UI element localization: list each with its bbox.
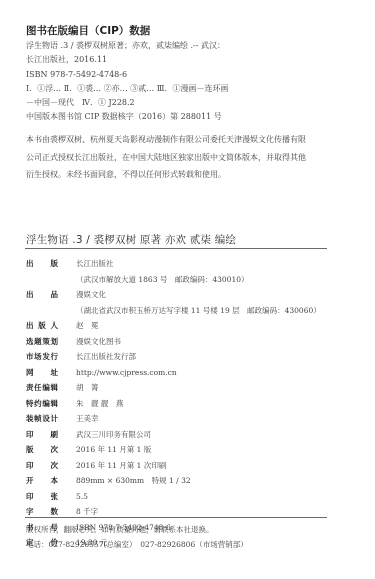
book-title: 浮生物语 .3 / 裘椤双树 原著 亦欢 贰柒 编绘 (26, 232, 236, 247)
divider-bottom (25, 517, 327, 518)
colophon-value: 5.5 (76, 492, 88, 501)
notice-line: 本书由裘椤双树、杭州夏天岛影视动漫制作有限公司委托天津漫娱文化传播有限 (26, 131, 326, 149)
copyright-footer: 版权所有，翻版必究。如有质量问题，请联系本社退换。 电话：027-8292655… (26, 523, 248, 552)
colophon-label: 出版人 (26, 320, 76, 331)
colophon-value: 889mm × 630mm 特规 1 / 32 (76, 475, 191, 486)
colophon-value: （湖北省武汉市积玉桥万达写字楼 11 号楼 19 层 邮政编码：430060） (76, 305, 321, 316)
colophon-row: 网址http://www.cjpress.com.cn (26, 365, 356, 381)
colophon-row: 出版长江出版社 (26, 256, 356, 272)
colophon-label: 选题策划 (26, 336, 76, 347)
cip-line: ISBN 978-7-5492-4748-6 (26, 68, 356, 82)
colophon-label: 印次 (26, 460, 76, 471)
colophon-row: 版次2016 年 11 月第 1 版 (26, 442, 356, 458)
colophon-label: 印刷 (26, 429, 76, 440)
colophon-label: 市场发行 (26, 351, 76, 362)
colophon-label: 字数 (26, 506, 76, 517)
colophon-row: 责任编辑胡 箐 (26, 380, 356, 396)
colophon-row: 装帧设计王美幸 (26, 411, 356, 427)
colophon-row: 印次2016 年 11 月第 1 次印刷 (26, 458, 356, 474)
colophon-value: 漫娱文化图书 (76, 336, 121, 347)
colophon-row: 市场发行长江出版社发行部 (26, 349, 356, 365)
footer-line: 电话：027-82926557(总编室） 027-82926806（市场营销部） (26, 538, 248, 553)
colophon-value: 王美幸 (76, 413, 99, 424)
colophon-value: 胡 箐 (76, 382, 99, 393)
notice-line: 衍生授权。未经书面同意，不得以任何形式转载和使用。 (26, 166, 326, 184)
colophon-label: 版次 (26, 444, 76, 455)
cip-line: 中国版本图书馆 CIP 数据核字（2016）第 288011 号 (26, 110, 356, 124)
colophon-value: 长江出版社发行部 (76, 351, 136, 362)
colophon-row: 选题策划漫娱文化图书 (26, 334, 356, 350)
colophon-row: （湖北省武汉市积玉桥万达写字楼 11 号楼 19 层 邮政编码：430060） (26, 303, 356, 319)
cip-line: －中国－现代 Ⅳ．① J228.2 (26, 96, 356, 110)
colophon-row: 出版人赵 冕 (26, 318, 356, 334)
colophon-label: 印张 (26, 491, 76, 502)
colophon-row: 特约编辑朱 靓 靓 燕 (26, 396, 356, 412)
colophon-row: 开本889mm × 630mm 特规 1 / 32 (26, 473, 356, 489)
colophon-label: 特约编辑 (26, 398, 76, 409)
colophon-row: （武汉市解放大道 1863 号 邮政编码：430010） (26, 272, 356, 288)
colophon-row: 印张5.5 (26, 489, 356, 505)
colophon-label: 出版 (26, 258, 76, 269)
colophon-value: （武汉市解放大道 1863 号 邮政编码：430010） (76, 274, 248, 285)
colophon-value: 8 千字 (76, 506, 98, 517)
divider-top (25, 248, 327, 249)
colophon-table: 出版长江出版社（武汉市解放大道 1863 号 邮政编码：430010）出品漫娱文… (26, 256, 356, 551)
colophon-label: 开本 (26, 475, 76, 486)
colophon-value: 赵 冕 (76, 320, 99, 331)
cip-line: 长江出版社，2016.11 (26, 53, 356, 67)
colophon-value: 朱 靓 靓 燕 (76, 398, 123, 409)
cip-data-block: 图书在版编目（CIP）数据 浮生物语 .3 / 裘椤双树原著；亦欢，贰柒编绘 .… (26, 24, 356, 125)
colophon-value: 长江出版社 (76, 258, 114, 269)
colophon-value: 漫娱文化 (76, 289, 106, 300)
colophon-value: http://www.cjpress.com.cn (76, 368, 177, 377)
cip-line: Ⅰ．①浮… Ⅱ．①裘… ②亦… ③贰… Ⅲ．①漫画－连环画 (26, 82, 356, 96)
colophon-label: 装帧设计 (26, 413, 76, 424)
colophon-label: 网址 (26, 367, 76, 378)
colophon-row: 出品漫娱文化 (26, 287, 356, 303)
footer-line: 版权所有，翻版必究。如有质量问题，请联系本社退换。 (26, 523, 248, 538)
colophon-label: 出品 (26, 289, 76, 300)
cip-line: 浮生物语 .3 / 裘椤双树原著；亦欢，贰柒编绘 .-- 武汉： (26, 39, 356, 53)
cip-heading: 图书在版编目（CIP）数据 (26, 24, 356, 38)
license-notice: 本书由裘椤双树、杭州夏天岛影视动漫制作有限公司委托天津漫娱文化传播有限 公司正式… (26, 131, 326, 184)
colophon-value: 2016 年 11 月第 1 次印刷 (76, 460, 166, 471)
colophon-value: 2016 年 11 月第 1 版 (76, 444, 151, 455)
notice-line: 公司正式授权长江出版社，在中国大陆地区独家出版中文简体版本，并取得其他 (26, 149, 326, 167)
colophon-value: 武汉三川印务有限公司 (76, 429, 151, 440)
colophon-label: 责任编辑 (26, 382, 76, 393)
colophon-row: 印刷武汉三川印务有限公司 (26, 427, 356, 443)
